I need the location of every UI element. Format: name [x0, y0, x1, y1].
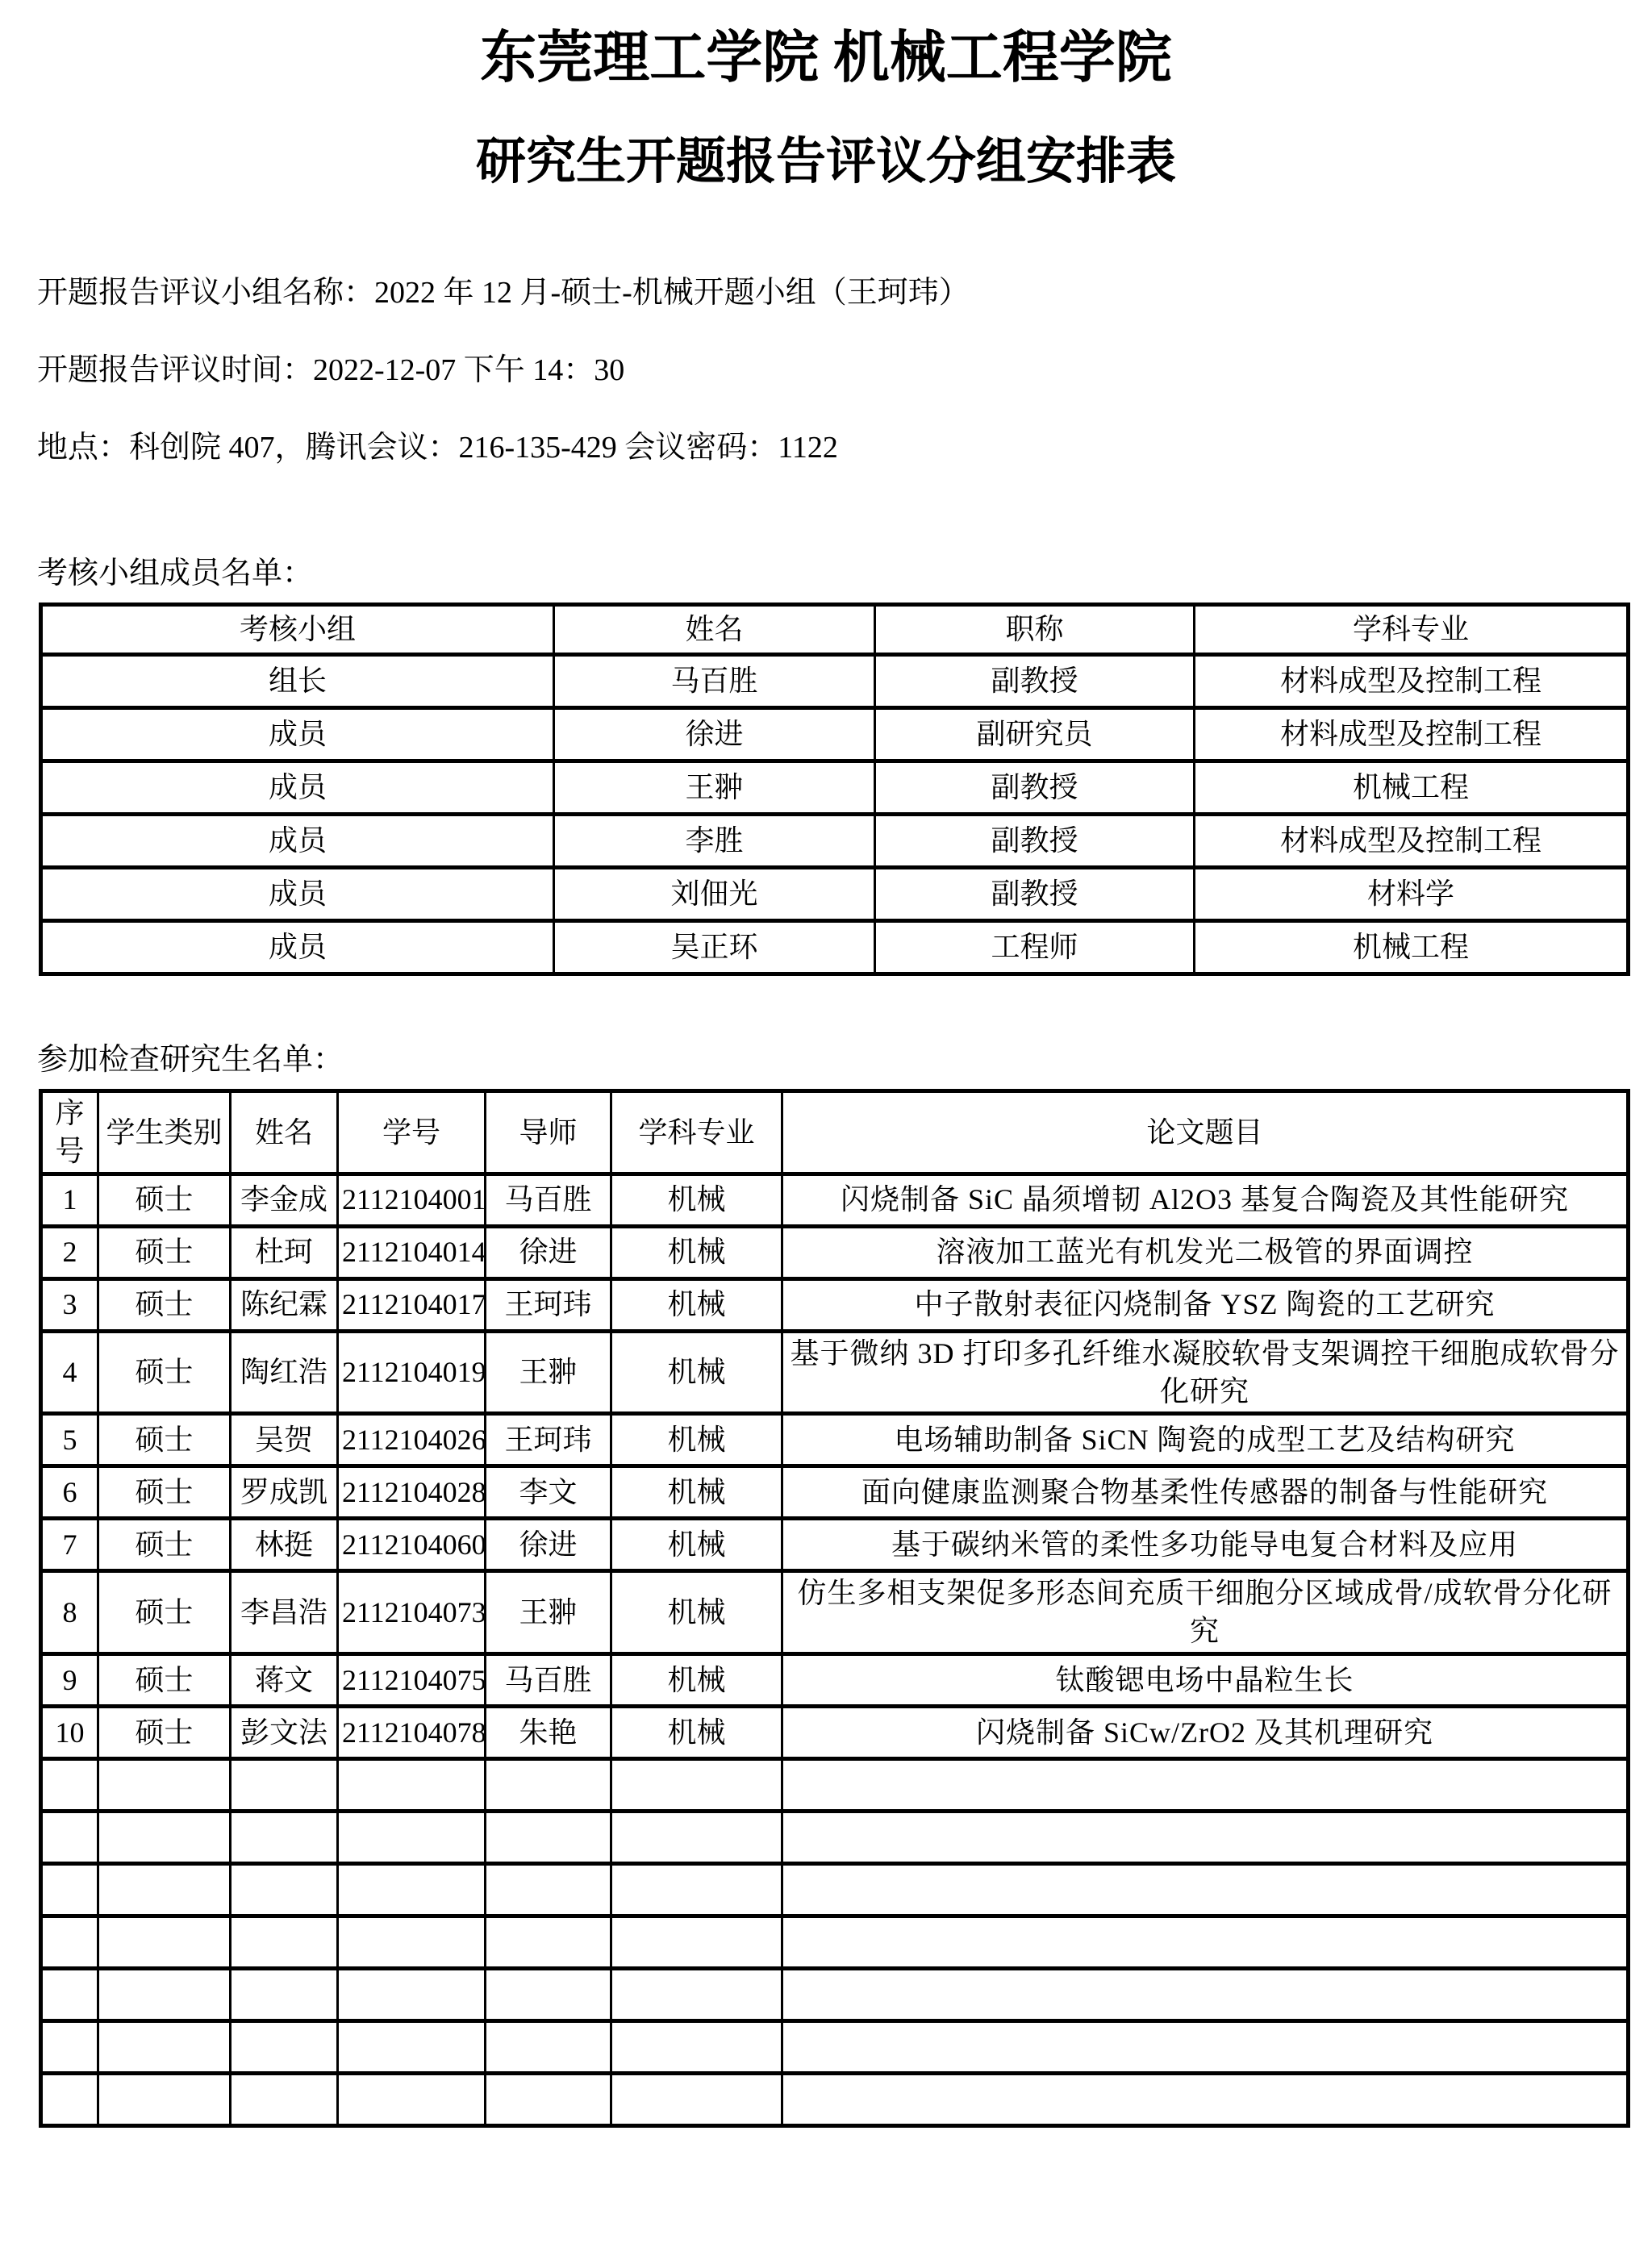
- students-cell: 机械: [611, 1571, 782, 1654]
- committee-cell: 材料学: [1195, 868, 1629, 921]
- empty-table-row: [41, 2073, 1629, 2125]
- empty-cell: [98, 1758, 231, 1811]
- table-row: 成员李胜副教授材料成型及控制工程: [41, 815, 1629, 868]
- students-cell: 硕士: [98, 1571, 231, 1654]
- students-table-body: 1硕士李金成2112104001马百胜机械闪烧制备 SiC 晶须增韧 Al2O3…: [41, 1174, 1629, 2125]
- students-header-cell: 序号: [41, 1091, 98, 1174]
- students-cell: 硕士: [98, 1706, 231, 1758]
- table-row: 组长马百胜副教授材料成型及控制工程: [41, 655, 1629, 708]
- students-cell: 机械: [611, 1653, 782, 1706]
- students-cell: 王翀: [486, 1571, 611, 1654]
- empty-cell: [611, 1758, 782, 1811]
- empty-cell: [231, 2020, 338, 2073]
- empty-cell: [231, 1916, 338, 1968]
- students-cell: 2112104073: [338, 1571, 486, 1654]
- empty-cell: [611, 2073, 782, 2125]
- students-cell: 6: [41, 1466, 98, 1519]
- empty-cell: [486, 2020, 611, 2073]
- students-cell: 机械: [611, 1706, 782, 1758]
- students-cell: 马百胜: [486, 1174, 611, 1226]
- students-cell: 王翀: [486, 1331, 611, 1414]
- empty-cell: [338, 2020, 486, 2073]
- committee-cell: 副研究员: [875, 708, 1195, 761]
- students-cell: 硕士: [98, 1226, 231, 1278]
- committee-cell: 成员: [41, 815, 554, 868]
- table-row: 4硕士陶红浩2112104019王翀机械基于微纳 3D 打印多孔纤维水凝胶软骨支…: [41, 1331, 1629, 1414]
- students-cell: 彭文法: [231, 1706, 338, 1758]
- meeting-info: 开题报告评议小组名称：2022 年 12 月-硕士-机械开题小组（王珂玮） 开题…: [37, 275, 1652, 465]
- students-cell: 硕士: [98, 1174, 231, 1226]
- students-cell: 基于微纳 3D 打印多孔纤维水凝胶软骨支架调控干细胞成软骨分化研究: [782, 1331, 1629, 1414]
- students-cell: 硕士: [98, 1331, 231, 1414]
- empty-cell: [41, 2020, 98, 2073]
- students-cell: 2112104078: [338, 1706, 486, 1758]
- students-cell: 机械: [611, 1174, 782, 1226]
- students-cell: 面向健康监测聚合物基柔性传感器的制备与性能研究: [782, 1466, 1629, 1519]
- students-header-cell: 学生类别: [98, 1091, 231, 1174]
- students-cell: 2112104014: [338, 1226, 486, 1278]
- students-cell: 9: [41, 1653, 98, 1706]
- students-cell: 王珂玮: [486, 1414, 611, 1466]
- empty-cell: [338, 1916, 486, 1968]
- students-cell: 马百胜: [486, 1653, 611, 1706]
- students-cell: 3: [41, 1278, 98, 1331]
- committee-cell: 成员: [41, 921, 554, 974]
- empty-cell: [782, 2073, 1629, 2125]
- empty-table-row: [41, 1758, 1629, 1811]
- document-page: 东莞理工学院 机械工程学院 研究生开题报告评议分组安排表 开题报告评议小组名称：…: [0, 0, 1652, 2260]
- table-row: 9硕士蒋文2112104075马百胜机械钛酸锶电场中晶粒生长: [41, 1653, 1629, 1706]
- students-cell: 机械: [611, 1519, 782, 1571]
- empty-cell: [338, 2073, 486, 2125]
- students-cell: 硕士: [98, 1414, 231, 1466]
- empty-cell: [98, 1811, 231, 1863]
- empty-cell: [486, 1968, 611, 2020]
- committee-table-head: 考核小组姓名职称学科专业: [41, 605, 1629, 655]
- empty-cell: [611, 2020, 782, 2073]
- empty-cell: [98, 2073, 231, 2125]
- students-header-cell: 姓名: [231, 1091, 338, 1174]
- students-cell: 硕士: [98, 1278, 231, 1331]
- empty-cell: [611, 1968, 782, 2020]
- empty-cell: [782, 2020, 1629, 2073]
- students-cell: 8: [41, 1571, 98, 1654]
- empty-cell: [98, 1916, 231, 1968]
- empty-cell: [41, 1916, 98, 1968]
- table-header-row: 考核小组姓名职称学科专业: [41, 605, 1629, 655]
- empty-cell: [338, 1863, 486, 1916]
- table-row: 2硕士杜珂2112104014徐进机械溶液加工蓝光有机发光二极管的界面调控: [41, 1226, 1629, 1278]
- committee-cell: 成员: [41, 708, 554, 761]
- students-cell: 2112104026: [338, 1414, 486, 1466]
- committee-table: 考核小组姓名职称学科专业 组长马百胜副教授材料成型及控制工程成员徐进副研究员材料…: [39, 603, 1630, 976]
- students-cell: 4: [41, 1331, 98, 1414]
- students-cell: 10: [41, 1706, 98, 1758]
- students-cell: 硕士: [98, 1653, 231, 1706]
- empty-cell: [611, 1916, 782, 1968]
- empty-cell: [41, 1968, 98, 2020]
- empty-cell: [338, 1811, 486, 1863]
- empty-cell: [782, 1811, 1629, 1863]
- students-cell: 闪烧制备 SiC 晶须增韧 Al2O3 基复合陶瓷及其性能研究: [782, 1174, 1629, 1226]
- committee-cell: 副教授: [875, 868, 1195, 921]
- empty-cell: [486, 1758, 611, 1811]
- empty-cell: [782, 1916, 1629, 1968]
- students-cell: 王珂玮: [486, 1278, 611, 1331]
- committee-section-label: 考核小组成员名单：: [37, 556, 1652, 591]
- committee-cell: 材料成型及控制工程: [1195, 655, 1629, 708]
- table-row: 成员徐进副研究员材料成型及控制工程: [41, 708, 1629, 761]
- committee-cell: 副教授: [875, 761, 1195, 815]
- empty-cell: [338, 1758, 486, 1811]
- page-subtitle: 研究生开题报告评议分组安排表: [0, 135, 1652, 190]
- table-row: 6硕士罗成凯2112104028李文机械面向健康监测聚合物基柔性传感器的制备与性…: [41, 1466, 1629, 1519]
- empty-table-row: [41, 1811, 1629, 1863]
- students-cell: 李文: [486, 1466, 611, 1519]
- students-cell: 硕士: [98, 1519, 231, 1571]
- committee-cell: 李胜: [554, 815, 875, 868]
- students-cell: 杜珂: [231, 1226, 338, 1278]
- committee-cell: 工程师: [875, 921, 1195, 974]
- empty-cell: [41, 1863, 98, 1916]
- students-cell: 李金成: [231, 1174, 338, 1226]
- students-header-cell: 学号: [338, 1091, 486, 1174]
- committee-header-cell: 学科专业: [1195, 605, 1629, 655]
- students-cell: 仿生多相支架促多形态间充质干细胞分区域成骨/成软骨分化研究: [782, 1571, 1629, 1654]
- empty-cell: [231, 1758, 338, 1811]
- empty-cell: [486, 1863, 611, 1916]
- students-cell: 5: [41, 1414, 98, 1466]
- students-section-label: 参加检查研究生名单：: [37, 1042, 1652, 1078]
- table-row: 1硕士李金成2112104001马百胜机械闪烧制备 SiC 晶须增韧 Al2O3…: [41, 1174, 1629, 1226]
- students-cell: 1: [41, 1174, 98, 1226]
- students-cell: 罗成凯: [231, 1466, 338, 1519]
- students-cell: 2112104001: [338, 1174, 486, 1226]
- students-cell: 2112104075: [338, 1653, 486, 1706]
- empty-table-row: [41, 1863, 1629, 1916]
- students-cell: 2: [41, 1226, 98, 1278]
- students-header-cell: 学科专业: [611, 1091, 782, 1174]
- committee-cell: 机械工程: [1195, 921, 1629, 974]
- empty-cell: [231, 1968, 338, 2020]
- committee-cell: 刘佃光: [554, 868, 875, 921]
- info-line-location: 地点：科创院 407，腾讯会议：216-135-429 会议密码：1122: [37, 430, 1652, 465]
- students-cell: 2112104028: [338, 1466, 486, 1519]
- students-cell: 中子散射表征闪烧制备 YSZ 陶瓷的工艺研究: [782, 1278, 1629, 1331]
- students-cell: 2112104017: [338, 1278, 486, 1331]
- empty-cell: [41, 1758, 98, 1811]
- empty-cell: [98, 1968, 231, 2020]
- students-cell: 机械: [611, 1331, 782, 1414]
- empty-cell: [231, 2073, 338, 2125]
- empty-cell: [611, 1811, 782, 1863]
- students-cell: 基于碳纳米管的柔性多功能导电复合材料及应用: [782, 1519, 1629, 1571]
- committee-cell: 材料成型及控制工程: [1195, 815, 1629, 868]
- students-header-cell: 论文题目: [782, 1091, 1629, 1174]
- empty-cell: [98, 2020, 231, 2073]
- students-cell: 陈纪霖: [231, 1278, 338, 1331]
- table-row: 3硕士陈纪霖2112104017王珂玮机械中子散射表征闪烧制备 YSZ 陶瓷的工…: [41, 1278, 1629, 1331]
- info-line-time: 开题报告评议时间：2022-12-07 下午 14：30: [37, 352, 1652, 388]
- committee-cell: 组长: [41, 655, 554, 708]
- empty-cell: [782, 1968, 1629, 2020]
- table-row: 5硕士吴贺2112104026王珂玮机械电场辅助制备 SiCN 陶瓷的成型工艺及…: [41, 1414, 1629, 1466]
- empty-cell: [231, 1863, 338, 1916]
- table-row: 成员王翀副教授机械工程: [41, 761, 1629, 815]
- empty-table-row: [41, 2020, 1629, 2073]
- committee-header-cell: 姓名: [554, 605, 875, 655]
- students-cell: 蒋文: [231, 1653, 338, 1706]
- students-cell: 机械: [611, 1466, 782, 1519]
- committee-cell: 机械工程: [1195, 761, 1629, 815]
- students-cell: 闪烧制备 SiCw/ZrO2 及其机理研究: [782, 1706, 1629, 1758]
- committee-header-cell: 职称: [875, 605, 1195, 655]
- committee-cell: 副教授: [875, 655, 1195, 708]
- empty-cell: [782, 1758, 1629, 1811]
- students-cell: 机械: [611, 1278, 782, 1331]
- empty-cell: [486, 2073, 611, 2125]
- committee-cell: 副教授: [875, 815, 1195, 868]
- empty-cell: [41, 1811, 98, 1863]
- committee-table-body: 组长马百胜副教授材料成型及控制工程成员徐进副研究员材料成型及控制工程成员王翀副教…: [41, 655, 1629, 974]
- students-header-cell: 导师: [486, 1091, 611, 1174]
- empty-cell: [486, 1811, 611, 1863]
- students-cell: 溶液加工蓝光有机发光二极管的界面调控: [782, 1226, 1629, 1278]
- empty-cell: [782, 1863, 1629, 1916]
- empty-cell: [41, 2073, 98, 2125]
- committee-cell: 材料成型及控制工程: [1195, 708, 1629, 761]
- committee-cell: 成员: [41, 868, 554, 921]
- students-cell: 陶红浩: [231, 1331, 338, 1414]
- students-cell: 徐进: [486, 1226, 611, 1278]
- committee-header-cell: 考核小组: [41, 605, 554, 655]
- students-cell: 吴贺: [231, 1414, 338, 1466]
- empty-table-row: [41, 1968, 1629, 2020]
- committee-cell: 徐进: [554, 708, 875, 761]
- students-cell: 机械: [611, 1414, 782, 1466]
- students-cell: 徐进: [486, 1519, 611, 1571]
- committee-cell: 王翀: [554, 761, 875, 815]
- table-row: 8硕士李昌浩2112104073王翀机械仿生多相支架促多形态间充质干细胞分区域成…: [41, 1571, 1629, 1654]
- committee-cell: 吴正环: [554, 921, 875, 974]
- table-row: 10硕士彭文法2112104078朱艳机械闪烧制备 SiCw/ZrO2 及其机理…: [41, 1706, 1629, 1758]
- empty-cell: [98, 1863, 231, 1916]
- table-row: 成员吴正环工程师机械工程: [41, 921, 1629, 974]
- students-table: 序号学生类别姓名学号导师学科专业论文题目 1硕士李金成2112104001马百胜…: [39, 1089, 1630, 2128]
- committee-cell: 马百胜: [554, 655, 875, 708]
- table-row: 成员刘佃光副教授材料学: [41, 868, 1629, 921]
- students-cell: 林挺: [231, 1519, 338, 1571]
- students-cell: 电场辅助制备 SiCN 陶瓷的成型工艺及结构研究: [782, 1414, 1629, 1466]
- empty-cell: [611, 1863, 782, 1916]
- empty-table-row: [41, 1916, 1629, 1968]
- info-line-group-name: 开题报告评议小组名称：2022 年 12 月-硕士-机械开题小组（王珂玮）: [37, 275, 1652, 311]
- students-cell: 机械: [611, 1226, 782, 1278]
- committee-cell: 成员: [41, 761, 554, 815]
- students-cell: 朱艳: [486, 1706, 611, 1758]
- students-table-head: 序号学生类别姓名学号导师学科专业论文题目: [41, 1091, 1629, 1174]
- empty-cell: [338, 1968, 486, 2020]
- students-cell: 硕士: [98, 1466, 231, 1519]
- students-cell: 2112104019: [338, 1331, 486, 1414]
- students-cell: 李昌浩: [231, 1571, 338, 1654]
- students-cell: 7: [41, 1519, 98, 1571]
- empty-cell: [486, 1916, 611, 1968]
- students-cell: 钛酸锶电场中晶粒生长: [782, 1653, 1629, 1706]
- table-row: 7硕士林挺2112104060徐进机械基于碳纳米管的柔性多功能导电复合材料及应用: [41, 1519, 1629, 1571]
- table-header-row: 序号学生类别姓名学号导师学科专业论文题目: [41, 1091, 1629, 1174]
- empty-cell: [231, 1811, 338, 1863]
- students-cell: 2112104060: [338, 1519, 486, 1571]
- page-title: 东莞理工学院 机械工程学院: [0, 0, 1652, 90]
